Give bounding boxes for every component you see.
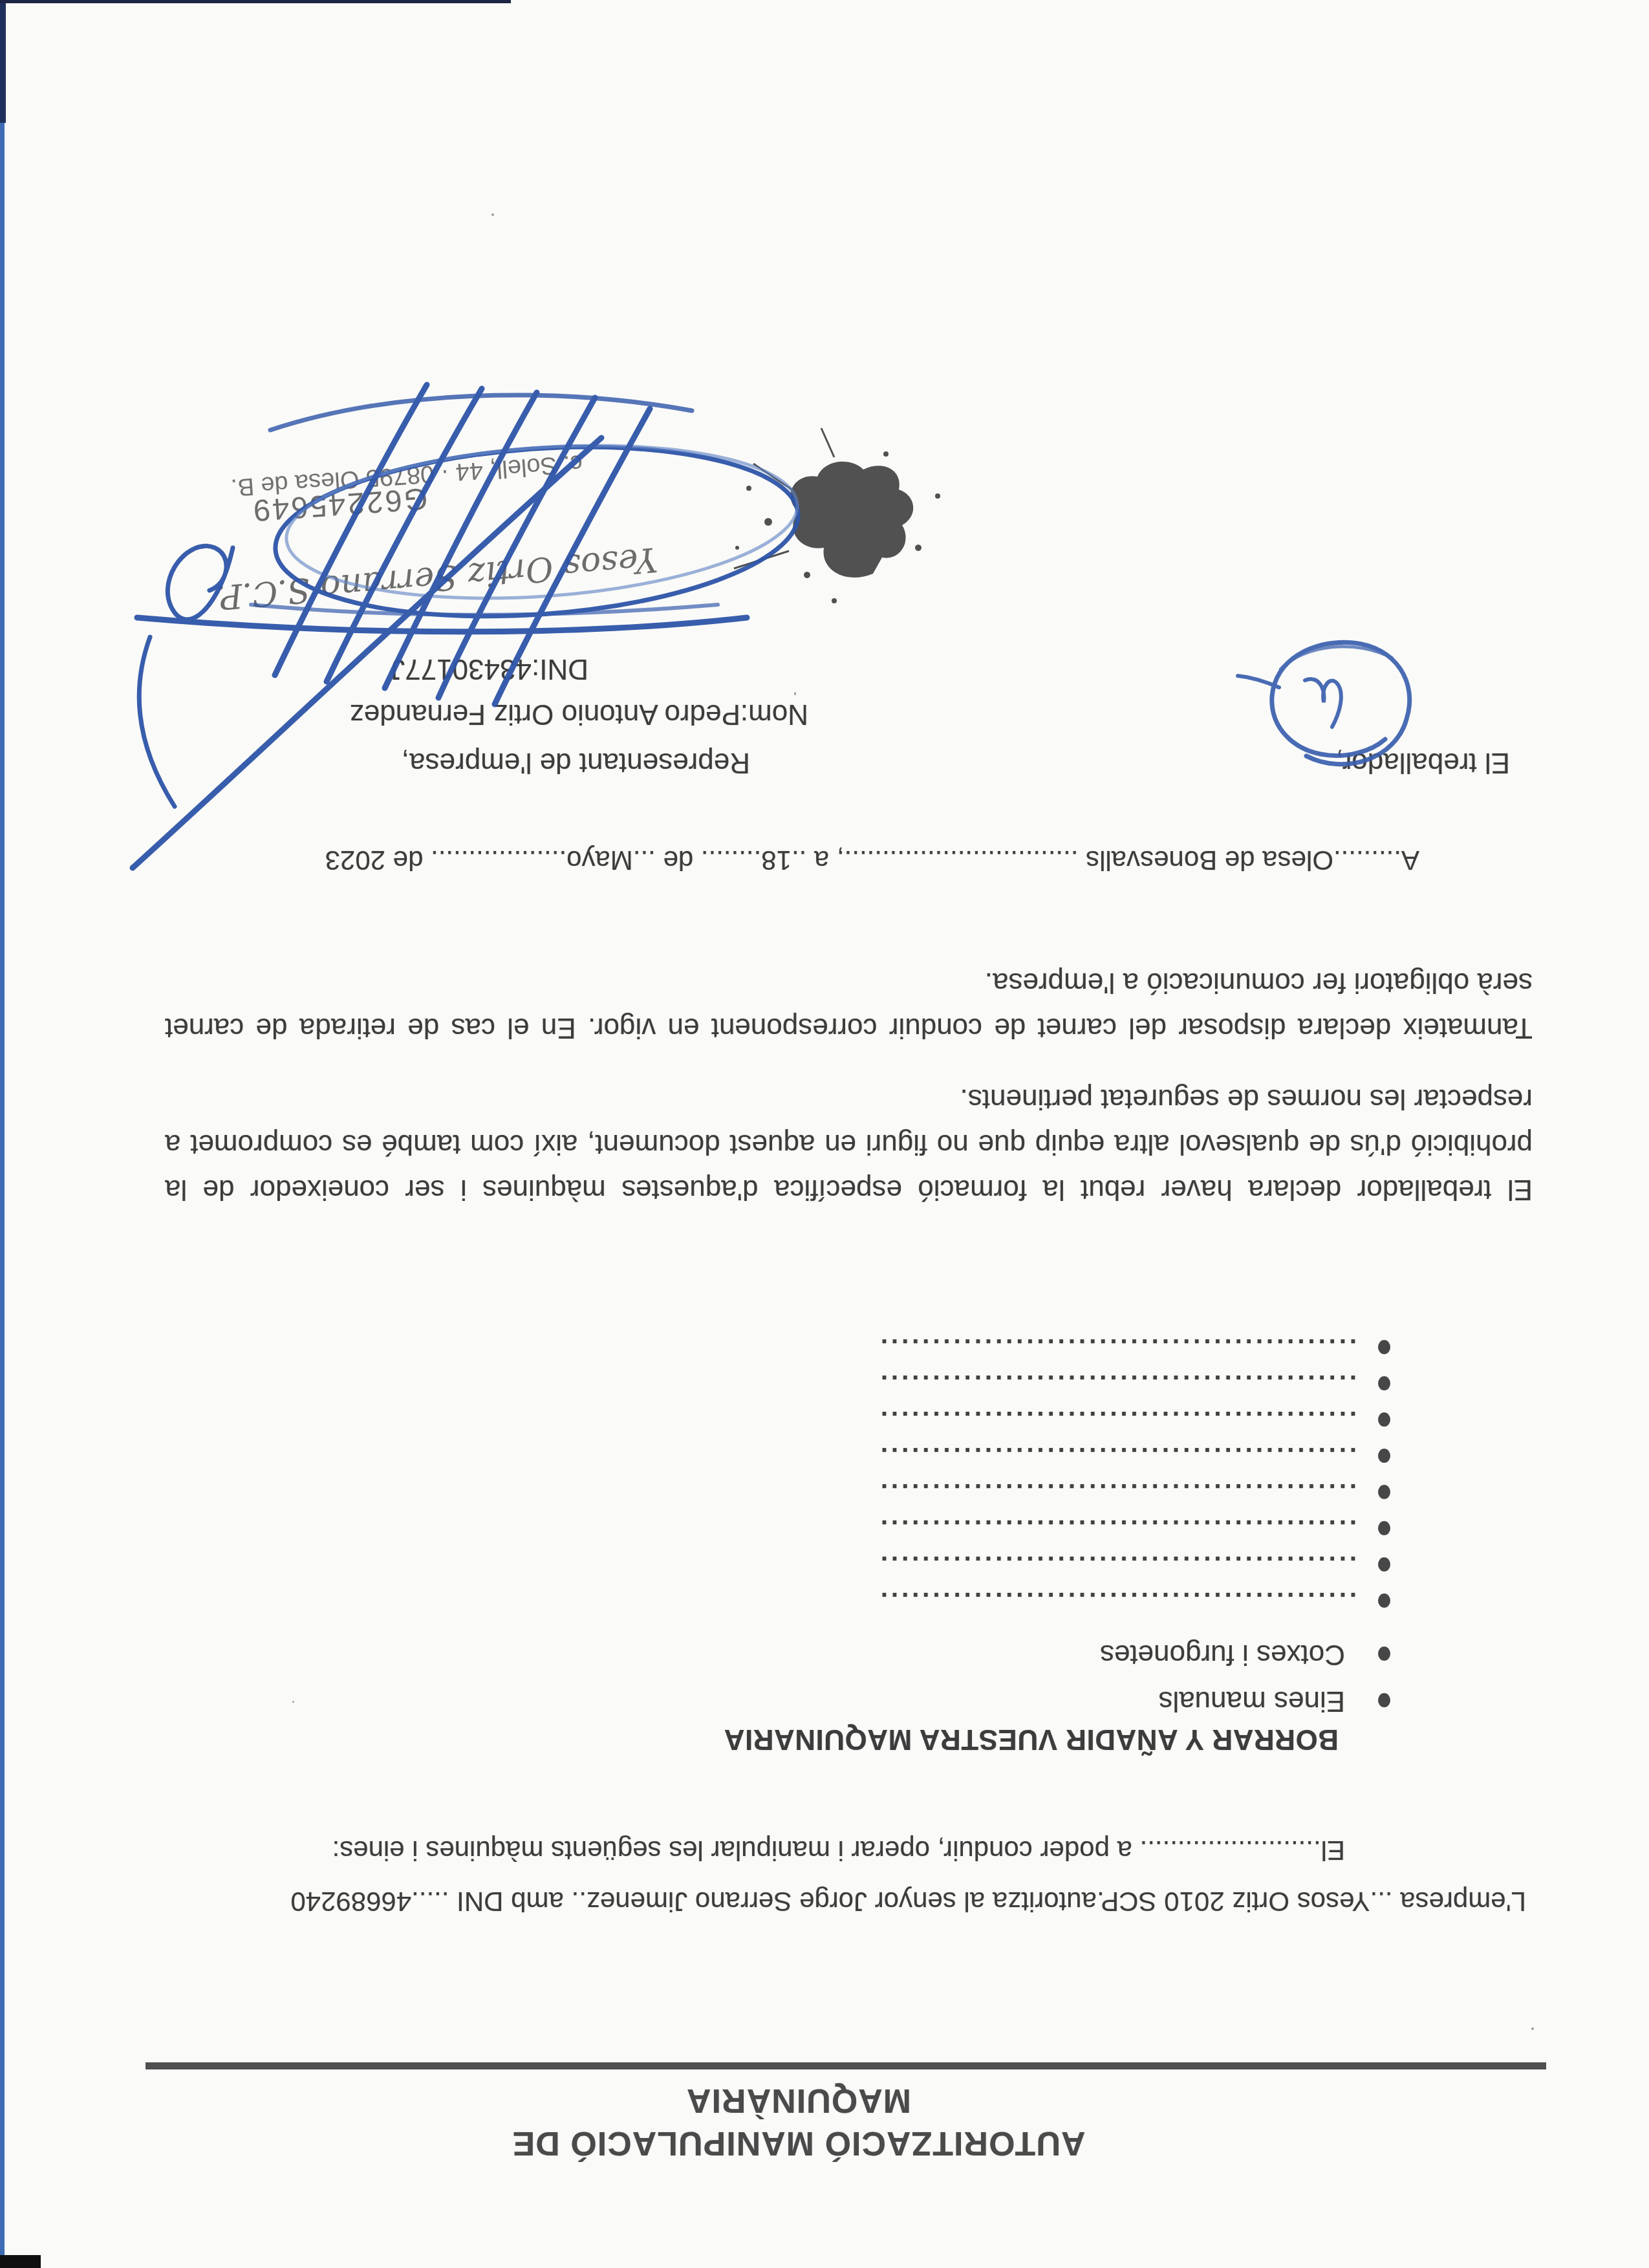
bullet-icon (1378, 1593, 1390, 1608)
scan-speck (1531, 2027, 1534, 2030)
document-content: AUTORITZACIÓ MANIPULACIÓ DE MAQUINÀRIA L… (0, 0, 1649, 2268)
scan-corner-artifact (0, 2255, 41, 2268)
dotted-line: ........................................… (881, 1368, 1357, 1399)
empty-dotted-row: ........................................… (420, 1472, 1390, 1508)
list-heading: BORRAR Y AÑADIR VUESTRA MAQUINARIA (724, 1723, 1339, 1755)
machine-list-item-label: Cotxes i furgonetes (1100, 1639, 1345, 1670)
machine-list: Eines manualsCotxes i furgonetes........… (420, 1327, 1390, 1722)
scan-speck (491, 213, 494, 216)
paragraph-license: Tanmateix declara disposar del carnet de… (165, 960, 1533, 1050)
scan-speck (794, 692, 796, 695)
empty-dotted-row: ........................................… (420, 1581, 1390, 1617)
bullet-icon (1378, 1376, 1390, 1390)
page-title-line-1: AUTORITZACIÓ MANIPULACIÓ DE (0, 2122, 1623, 2165)
dotted-line: ........................................… (881, 1550, 1357, 1581)
empty-dotted-row: ........................................… (420, 1436, 1390, 1472)
bullet-icon (1378, 1485, 1390, 1499)
bullet-icon (1378, 1449, 1390, 1463)
scan-edge-left-dark (0, 0, 6, 123)
dotted-line: ........................................… (881, 1586, 1357, 1617)
machine-list-item-label: Eines manuals (1158, 1685, 1345, 1717)
bullet-icon (1378, 1412, 1390, 1427)
scan-edge-top-line (0, 0, 511, 3)
company-signature-scribble (133, 385, 804, 868)
scan-speck (292, 1701, 294, 1703)
dotted-line: ........................................… (881, 1477, 1357, 1508)
title-underline (145, 2062, 1546, 2069)
bullet-icon (1378, 1340, 1390, 1354)
handwriting-layer: Yesos Ortiz Serrano S.C.P. G62245649 c. … (65, 341, 1520, 910)
page-title-line-2: MAQUINÀRIA (0, 2079, 1623, 2122)
dotted-line: ........................................… (881, 1405, 1357, 1436)
scanned-page: { "page": { "title_line1": "AUTORITZACIÓ… (0, 0, 1649, 2268)
machine-list-item: Eines manuals (420, 1675, 1390, 1722)
bullet-icon (1378, 1521, 1390, 1535)
intro-line-2: El........................ a poder condu… (332, 1835, 1345, 1866)
empty-dotted-row: ........................................… (420, 1363, 1390, 1399)
ink-blot (734, 428, 940, 603)
empty-dotted-row: ........................................… (420, 1544, 1390, 1581)
dotted-line: ........................................… (881, 1332, 1357, 1363)
machine-list-item: Cotxes i furgonetes (420, 1628, 1390, 1675)
scan-edge-left-strip (0, 0, 5, 2268)
bullet-icon (1378, 1557, 1390, 1571)
intro-line-1: L'empresa ...Yesos Ortiz 2010 SCP.autori… (290, 1886, 1526, 1917)
bullet-icon (1378, 1647, 1390, 1661)
dotted-line: ........................................… (881, 1441, 1357, 1472)
bullet-icon (1378, 1693, 1390, 1707)
empty-dotted-row: ........................................… (420, 1399, 1390, 1436)
empty-dotted-row: ........................................… (420, 1508, 1390, 1544)
worker-signature-scribble (1238, 642, 1410, 764)
dotted-line: ........................................… (881, 1513, 1357, 1544)
page-title: AUTORITZACIÓ MANIPULACIÓ DE MAQUINÀRIA (0, 2079, 1623, 2165)
empty-dotted-row: ........................................… (420, 1327, 1390, 1363)
paragraph-training: El treballador declara haver rebut la fo… (165, 1076, 1533, 1212)
